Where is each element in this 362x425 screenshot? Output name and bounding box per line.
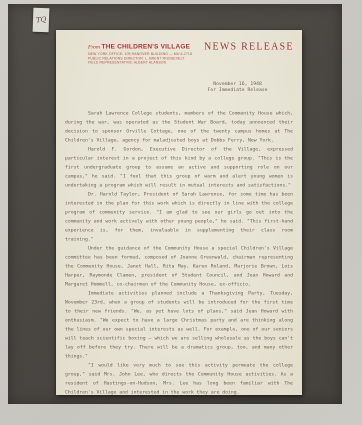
letterhead-details: NEW YORK OFFICE: 105 HANOVER BUILDING — … [88,53,218,66]
paragraph: Sarah Lawrence College students, members… [65,109,293,145]
paragraph: Harold F. Gordon, Executive Director of … [65,145,293,190]
document-content: FromTHE CHILDREN'S VILLAGE NEW YORK OFFI… [56,30,302,395]
news-release-title: NEWS RELEASE [204,41,294,53]
archive-label-text: TQ [35,15,46,24]
scan-border: TQ FromTHE CHILDREN'S VILLAGE NEW YORK O… [0,0,362,425]
news-release-document: FromTHE CHILDREN'S VILLAGE NEW YORK OFFI… [56,30,302,395]
paragraph: "I would like very much to see this acti… [65,361,293,397]
archive-label: TQ [33,8,50,33]
letterhead-org-name: THE CHILDREN'S VILLAGE [102,43,191,51]
release-line: For Immediate Release [195,87,280,93]
letterhead-representative-line: FIELD REPRESENTATIVE: ALBERT ALANSON [88,61,218,65]
paragraph: Dr. Harold Taylor, President of Sarah La… [65,190,293,244]
paragraph: Under the guidance of the Community Hous… [65,244,293,289]
press-release-body: Sarah Lawrence College students, members… [65,109,293,397]
release-info: November 16, 1948 For Immediate Release [195,81,280,93]
letterhead: FromTHE CHILDREN'S VILLAGE NEW YORK OFFI… [88,42,218,65]
letterhead-from-prefix: From [88,44,100,50]
photo-mat: TQ FromTHE CHILDREN'S VILLAGE NEW YORK O… [8,4,342,404]
letterhead-org-line: FromTHE CHILDREN'S VILLAGE [88,42,218,51]
paragraph: Immediate activities planned include a T… [65,289,293,361]
